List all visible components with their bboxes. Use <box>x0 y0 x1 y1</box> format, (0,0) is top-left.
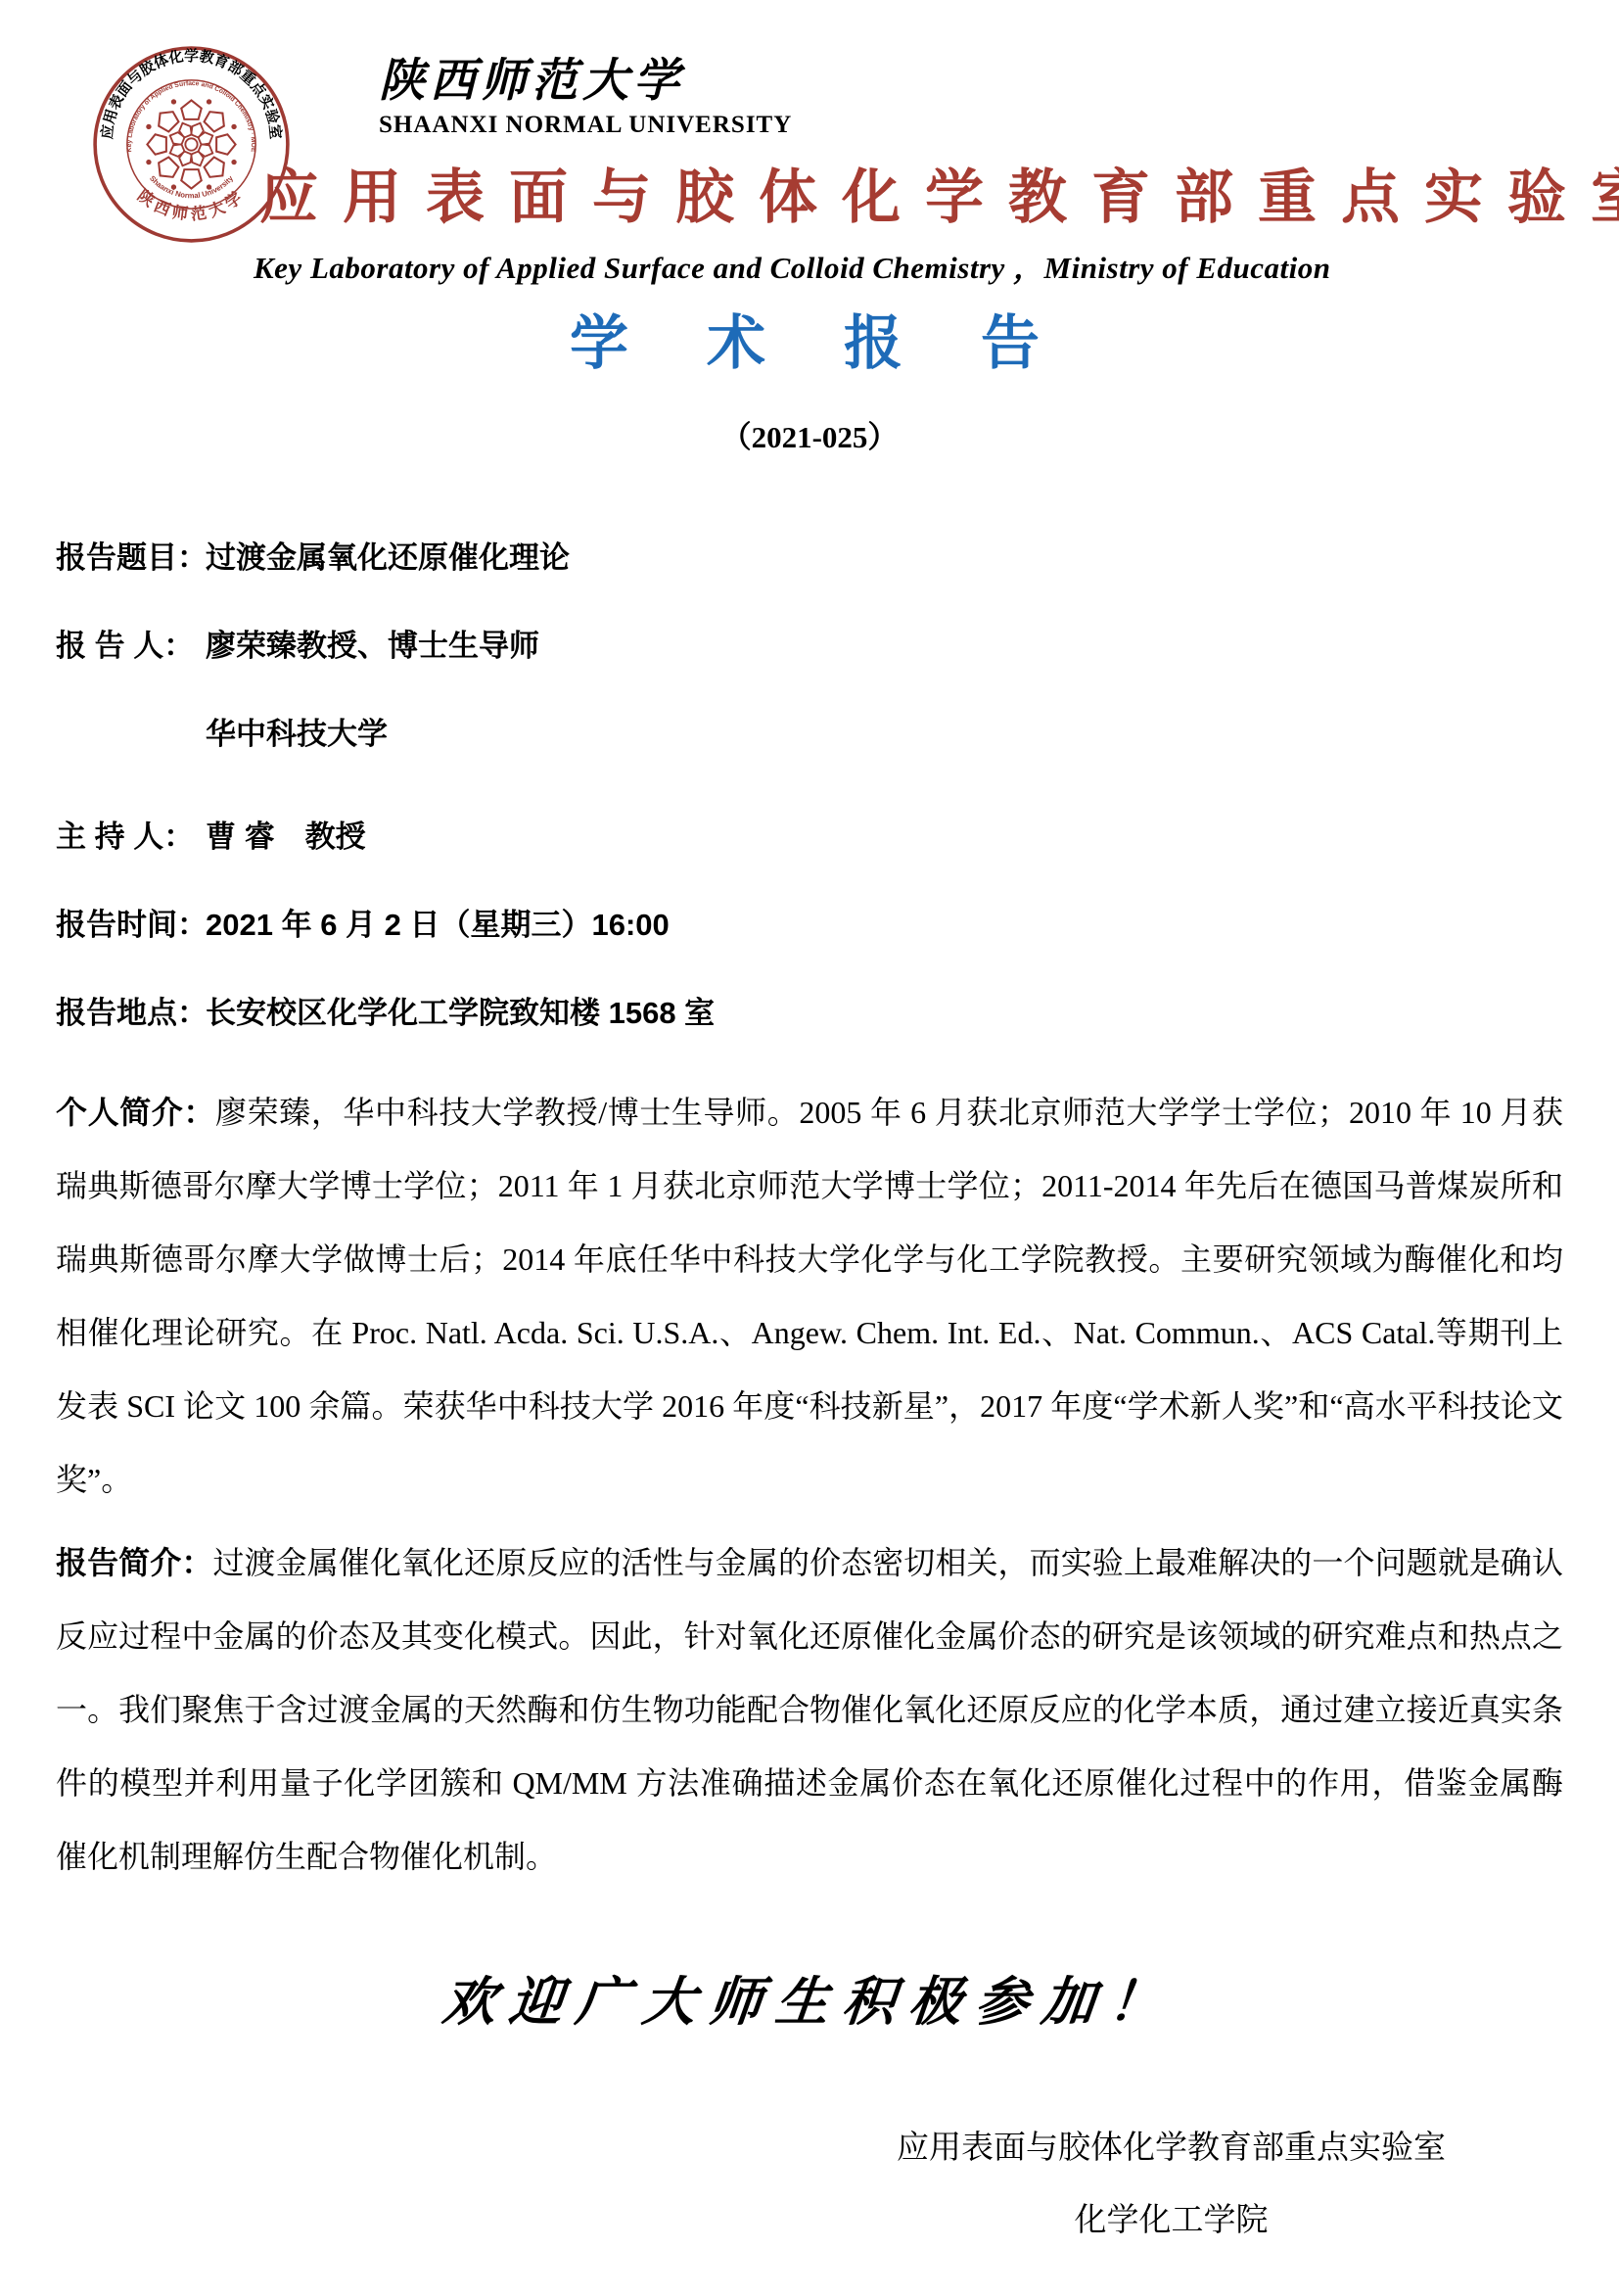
svg-text:Key Laboratory of Applied Surf: Key Laboratory of Applied Surface and Co… <box>126 80 256 153</box>
info-value: 曹 睿 教授 <box>206 812 366 856</box>
info-row-time: 报告时间： 2021 年 6 月 2 日（星期三）16:00 <box>56 900 1563 944</box>
info-row-host: 主 持 人： 曹 睿 教授 <box>56 812 1563 856</box>
header-text: 陕西师范大学 SHAANXI NORMAL UNIVERSITY 应用表面与胶体… <box>259 44 1563 287</box>
seminar-abstract-paragraph: 报告简介：过渡金属催化氧化还原反应的活性与金属的价态密切相关，而实验上最难解决的… <box>56 1526 1563 1894</box>
footer-lab-name: 应用表面与胶体化学教育部重点实验室 <box>897 2112 1446 2184</box>
abstract-text: 过渡金属催化氧化还原反应的活性与金属的价态密切相关，而实验上最难解决的一个问题就… <box>56 1545 1563 1874</box>
speaker-bio-paragraph: 个人简介：廖荣臻，华中科技大学教授/博士生导师。2005 年 6 月获北京师范大… <box>56 1076 1563 1517</box>
info-value: 过渡金属氧化还原催化理论 <box>206 533 570 577</box>
info-row-topic: 报告题目： 过渡金属氧化还原催化理论 <box>56 533 1563 577</box>
university-seal-logo: 应用表面与胶体化学教育部重点实验室 陕西师范大学 Key Laboratory … <box>91 44 292 245</box>
university-name-en: SHAANXI NORMAL UNIVERSITY <box>379 112 1563 139</box>
seal-icon: 应用表面与胶体化学教育部重点实验室 陕西师范大学 Key Laboratory … <box>91 44 292 245</box>
svg-text:应用表面与胶体化学教育部重点实验室: 应用表面与胶体化学教育部重点实验室 <box>98 47 285 140</box>
page-title: 学 术 报 告 <box>56 297 1563 381</box>
info-value: 华中科技大学 <box>206 709 388 753</box>
seminar-info: 报告题目： 过渡金属氧化还原催化理论 报 告 人： 廖荣臻教授、博士生导师 华中… <box>56 533 1563 1032</box>
bio-label: 个人简介： <box>56 1095 215 1130</box>
footer-school-name: 化学化工学院 <box>897 2184 1446 2257</box>
seal-ring-en-bottom: Shaanxi Normal University <box>148 173 235 200</box>
seminar-serial-number: （2021-025） <box>56 412 1563 456</box>
welcome-calligraphy: 欢迎广大师生积极参加！ <box>52 1960 1567 2036</box>
svg-text:Shaanxi Normal University: Shaanxi Normal University <box>148 173 235 200</box>
info-value: 2021 年 6 月 2 日（星期三）16:00 <box>206 900 670 944</box>
lab-title-zh: 应用表面与胶体化学教育部重点实验室 <box>259 151 1563 235</box>
info-row-location: 报告地点： 长安校区化学化工学院致知楼 1568 室 <box>56 988 1563 1032</box>
bio-text: 廖荣臻，华中科技大学教授/博士生导师。2005 年 6 月获北京师范大学学士学位… <box>56 1095 1563 1497</box>
header: 应用表面与胶体化学教育部重点实验室 陕西师范大学 Key Laboratory … <box>56 44 1563 271</box>
abstract-label: 报告简介： <box>56 1545 212 1580</box>
info-value: 廖荣臻教授、博士生导师 <box>206 621 539 665</box>
footer-signature: 应用表面与胶体化学教育部重点实验室 化学化工学院 <box>897 2112 1446 2257</box>
lab-title-en: Key Laboratory of Applied Surface and Co… <box>254 243 1563 287</box>
seal-ring-en-top: Key Laboratory of Applied Surface and Co… <box>126 80 256 153</box>
info-row-affiliation: 华中科技大学 <box>56 709 1563 753</box>
info-value: 长安校区化学化工学院致知楼 1568 室 <box>206 988 715 1032</box>
university-name-block: 陕西师范大学 SHAANXI NORMAL UNIVERSITY <box>379 44 1563 139</box>
seal-flower-pattern <box>145 98 237 190</box>
seal-ring-zh-top: 应用表面与胶体化学教育部重点实验室 <box>98 47 285 140</box>
info-label: 报告时间： <box>56 900 206 944</box>
info-label: 报 告 人： <box>56 621 206 665</box>
university-name-script: 陕西师范大学 <box>379 44 1563 110</box>
info-label: 报告地点： <box>56 988 206 1032</box>
info-row-speaker: 报 告 人： 廖荣臻教授、博士生导师 <box>56 621 1563 665</box>
info-label: 主 持 人： <box>56 812 206 856</box>
info-label: 报告题目： <box>56 533 206 577</box>
seminar-announcement-page: 应用表面与胶体化学教育部重点实验室 陕西师范大学 Key Laboratory … <box>0 0 1619 2296</box>
